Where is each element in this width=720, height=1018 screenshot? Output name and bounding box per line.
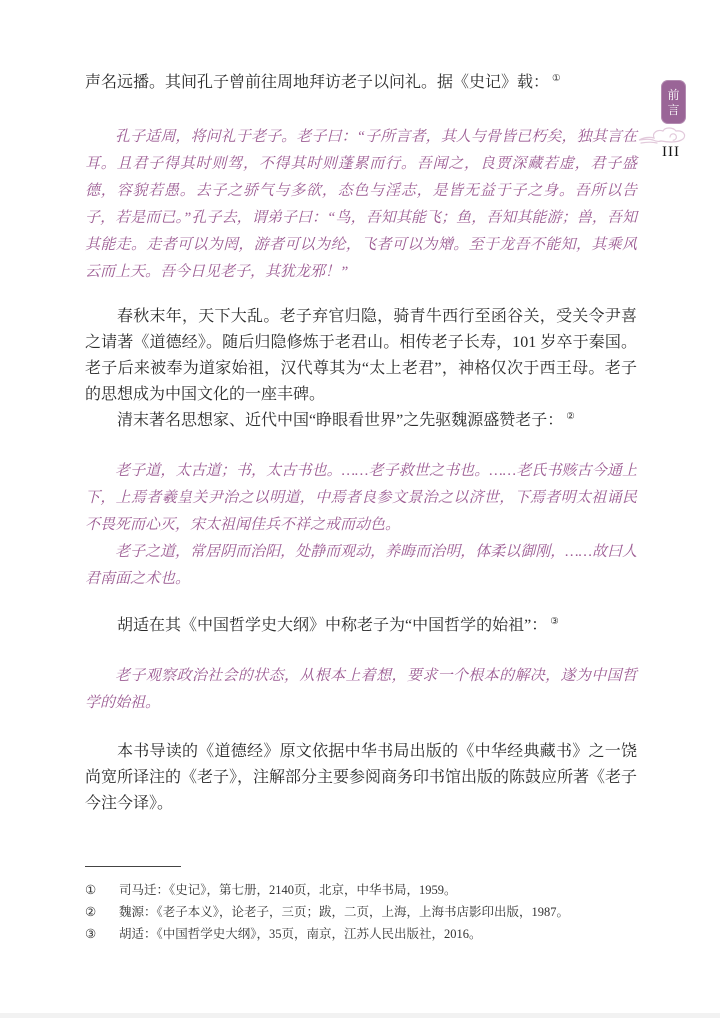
footnote-text-3: 胡适：《中国哲学史大纲》，35页，南京，江苏人民出版社，2016。 <box>119 923 482 945</box>
page-bottom-edge <box>0 1013 720 1018</box>
blockquote-weiyuan: 老子道，太古道；书，太古书也。……老子救世之书也。……老氏书赅古今通上下，上焉者… <box>85 458 637 593</box>
footnote-item-3: ③ 胡适：《中国哲学史大纲》，35页，南京，江苏人民出版社，2016。 <box>85 923 651 945</box>
paragraph-hushi-text: 胡适在其《中国哲学史大纲》中称老子为“中国哲学的始祖”： <box>117 617 547 634</box>
footnote-marker-2: ② <box>85 901 119 923</box>
footnote-text-1: 司马迁：《史记》，第七册，2140页，北京，中华书局，1959。 <box>119 879 457 901</box>
paragraph-weiyuan-text: 清末著名思想家、近代中国“睁眼看世界”之先驱魏源盛赞老子： <box>117 412 563 429</box>
blockquote-hushi-text: 老子观察政治社会的状态，从根本上着想，要求一个根本的解决，遂为中国哲学的始祖。 <box>85 663 637 717</box>
footnote-ref-3: ③ <box>550 617 559 627</box>
footnote-item-1: ① 司马迁：《史记》，第七册，2140页，北京，中华书局，1959。 <box>85 879 651 901</box>
paragraph-laozi-life: 春秋末年，天下大乱。老子弃官归隐，骑青牛西行至函谷关，受关令尹喜之请著《道德经》… <box>85 304 637 408</box>
footnote-ref-2: ② <box>566 412 575 422</box>
blockquote-shiji-text: 孔子适周，将问礼于老子。老子曰：“子所言者，其人与骨皆已朽矣，独其言在耳。且君子… <box>85 124 637 286</box>
paragraph-weiyuan: 清末著名思想家、近代中国“睁眼看世界”之先驱魏源盛赞老子：② <box>85 408 637 434</box>
footnote-text-2: 魏源：《老子本义》，论老子，三页；跋，二页，上海，上海书店影印出版，1987。 <box>119 901 569 923</box>
main-text-column: 声名远播。其间孔子曾前往周地拜访老子以问礼。据《史记》载：① 孔子适周，将问礼于… <box>85 70 637 817</box>
paragraph-intro: 声名远播。其间孔子曾前往周地拜访老子以问礼。据《史记》载：① <box>85 70 637 96</box>
footnote-item-2: ② 魏源：《老子本义》，论老子，三页；跋，二页，上海，上海书店影印出版，1987… <box>85 901 651 923</box>
margin-tab-preface: 前 言 <box>661 80 686 124</box>
blockquote-weiyuan-text-1: 老子道，太古道；书，太古书也。……老子救世之书也。……老氏书赅古今通上下，上焉者… <box>85 458 637 539</box>
paragraph-intro-text: 声名远播。其间孔子曾前往周地拜访老子以问礼。据《史记》载： <box>85 74 549 91</box>
margin-tab-char-2: 言 <box>667 104 679 116</box>
paragraph-hushi: 胡适在其《中国哲学史大纲》中称老子为“中国哲学的始祖”：③ <box>85 613 637 639</box>
footnote-marker-3: ③ <box>85 923 119 945</box>
blockquote-weiyuan-text-2: 老子之道，常居阴而治阳，处静而观动，养晦而治明，体柔以御刚，……故曰人君南面之术… <box>85 539 637 593</box>
blockquote-hushi: 老子观察政治社会的状态，从根本上着想，要求一个根本的解决，遂为中国哲学的始祖。 <box>85 663 637 717</box>
footnote-ref-1: ① <box>552 74 561 84</box>
blockquote-shiji: 孔子适周，将问礼于老子。老子曰：“子所言者，其人与骨皆已朽矣，独其言在耳。且君子… <box>85 124 637 286</box>
margin-tab-char-1: 前 <box>667 89 679 101</box>
page-number: III <box>662 144 680 161</box>
footnote-marker-1: ① <box>85 879 119 901</box>
paragraph-source-note: 本书导读的《道德经》原文依据中华书局出版的《中华经典藏书》之一饶尚宽所译注的《老… <box>85 739 637 817</box>
footnotes-section: ① 司马迁：《史记》，第七册，2140页，北京，中华书局，1959。 ② 魏源：… <box>85 866 651 945</box>
footnote-divider <box>85 866 181 867</box>
